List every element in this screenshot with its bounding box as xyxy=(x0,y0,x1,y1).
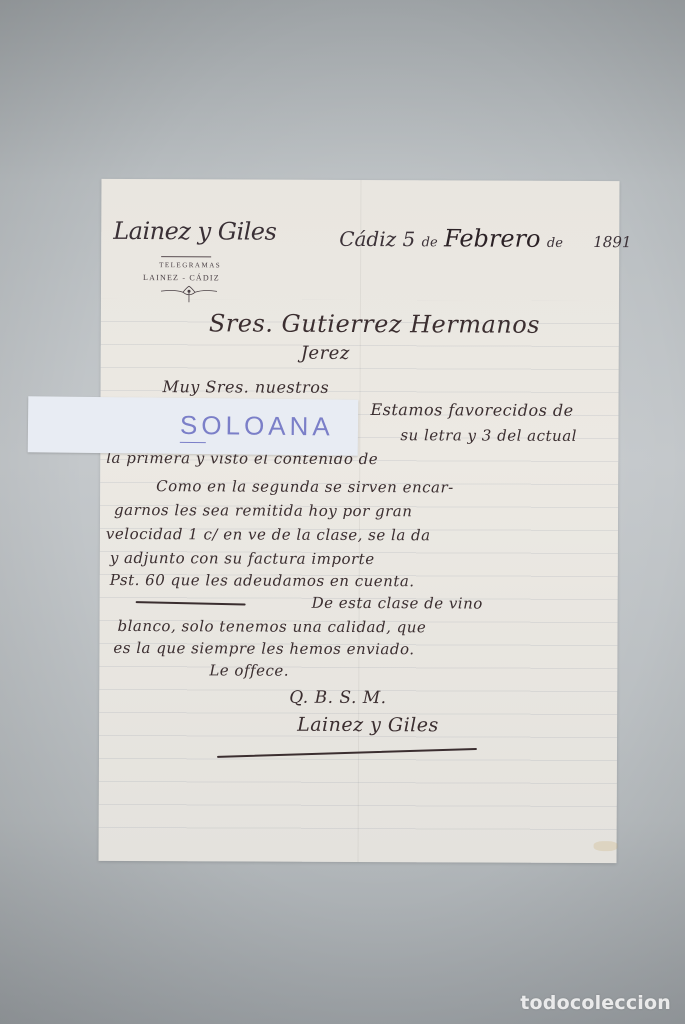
date-day: 5 xyxy=(403,227,416,251)
body-line: Pst. 60 que les adeudamos en cuenta. xyxy=(110,571,415,590)
body-line: Estamos favorecidos de xyxy=(370,400,573,420)
addressee-line-1: Sres. Gutierrez Hermanos xyxy=(209,309,540,338)
body-line: velocidad 1 c/ en ve de la clase, se la … xyxy=(106,525,431,544)
ornament-icon xyxy=(159,285,219,303)
body-line: garnos les sea remitida hoy por gran xyxy=(114,501,412,520)
paper-stain xyxy=(594,841,618,851)
date-de-1: de xyxy=(422,235,438,250)
letterhead-company-name: Lainez y Giles xyxy=(113,217,276,246)
letterhead-divider xyxy=(161,256,211,257)
telegram-label: TELEGRAMAS xyxy=(159,261,221,269)
date-year: 1891 xyxy=(593,233,631,251)
body-line: Le offece. xyxy=(209,661,289,679)
body-line: Como en la segunda se sirven encar- xyxy=(156,477,454,496)
date-de-2: de xyxy=(547,236,563,251)
closing: Q. B. S. M. xyxy=(289,688,386,708)
salutation: Muy Sres. nuestros xyxy=(163,377,330,397)
addressee-line-2: Jerez xyxy=(301,343,350,364)
seller-label-underline xyxy=(180,442,206,443)
telegram-address: LAINEZ - CÁDIZ xyxy=(143,273,220,282)
body-line: y adjunto con su factura importe xyxy=(110,549,375,568)
date-month: Febrero xyxy=(444,224,541,252)
date-line: Cádiz 5 de Febrero de 1891 xyxy=(339,224,609,253)
body-line: blanco, solo tenemos una calidad, que xyxy=(118,617,427,636)
letter-sheet: Lainez y Giles TELEGRAMAS LAINEZ - CÁDIZ… xyxy=(99,179,620,863)
signature: Lainez y Giles xyxy=(297,714,439,737)
seller-label-strip: SOLOANA xyxy=(28,396,359,455)
seller-label-text: SOLOANA xyxy=(180,410,334,443)
site-watermark: todocoleccion xyxy=(520,992,671,1014)
body-line: De esta clase de vino xyxy=(312,594,483,613)
body-line: es la que siempre les hemos enviado. xyxy=(113,639,414,658)
body-line: su letra y 3 del actual xyxy=(400,426,577,445)
date-place: Cádiz xyxy=(339,227,396,251)
